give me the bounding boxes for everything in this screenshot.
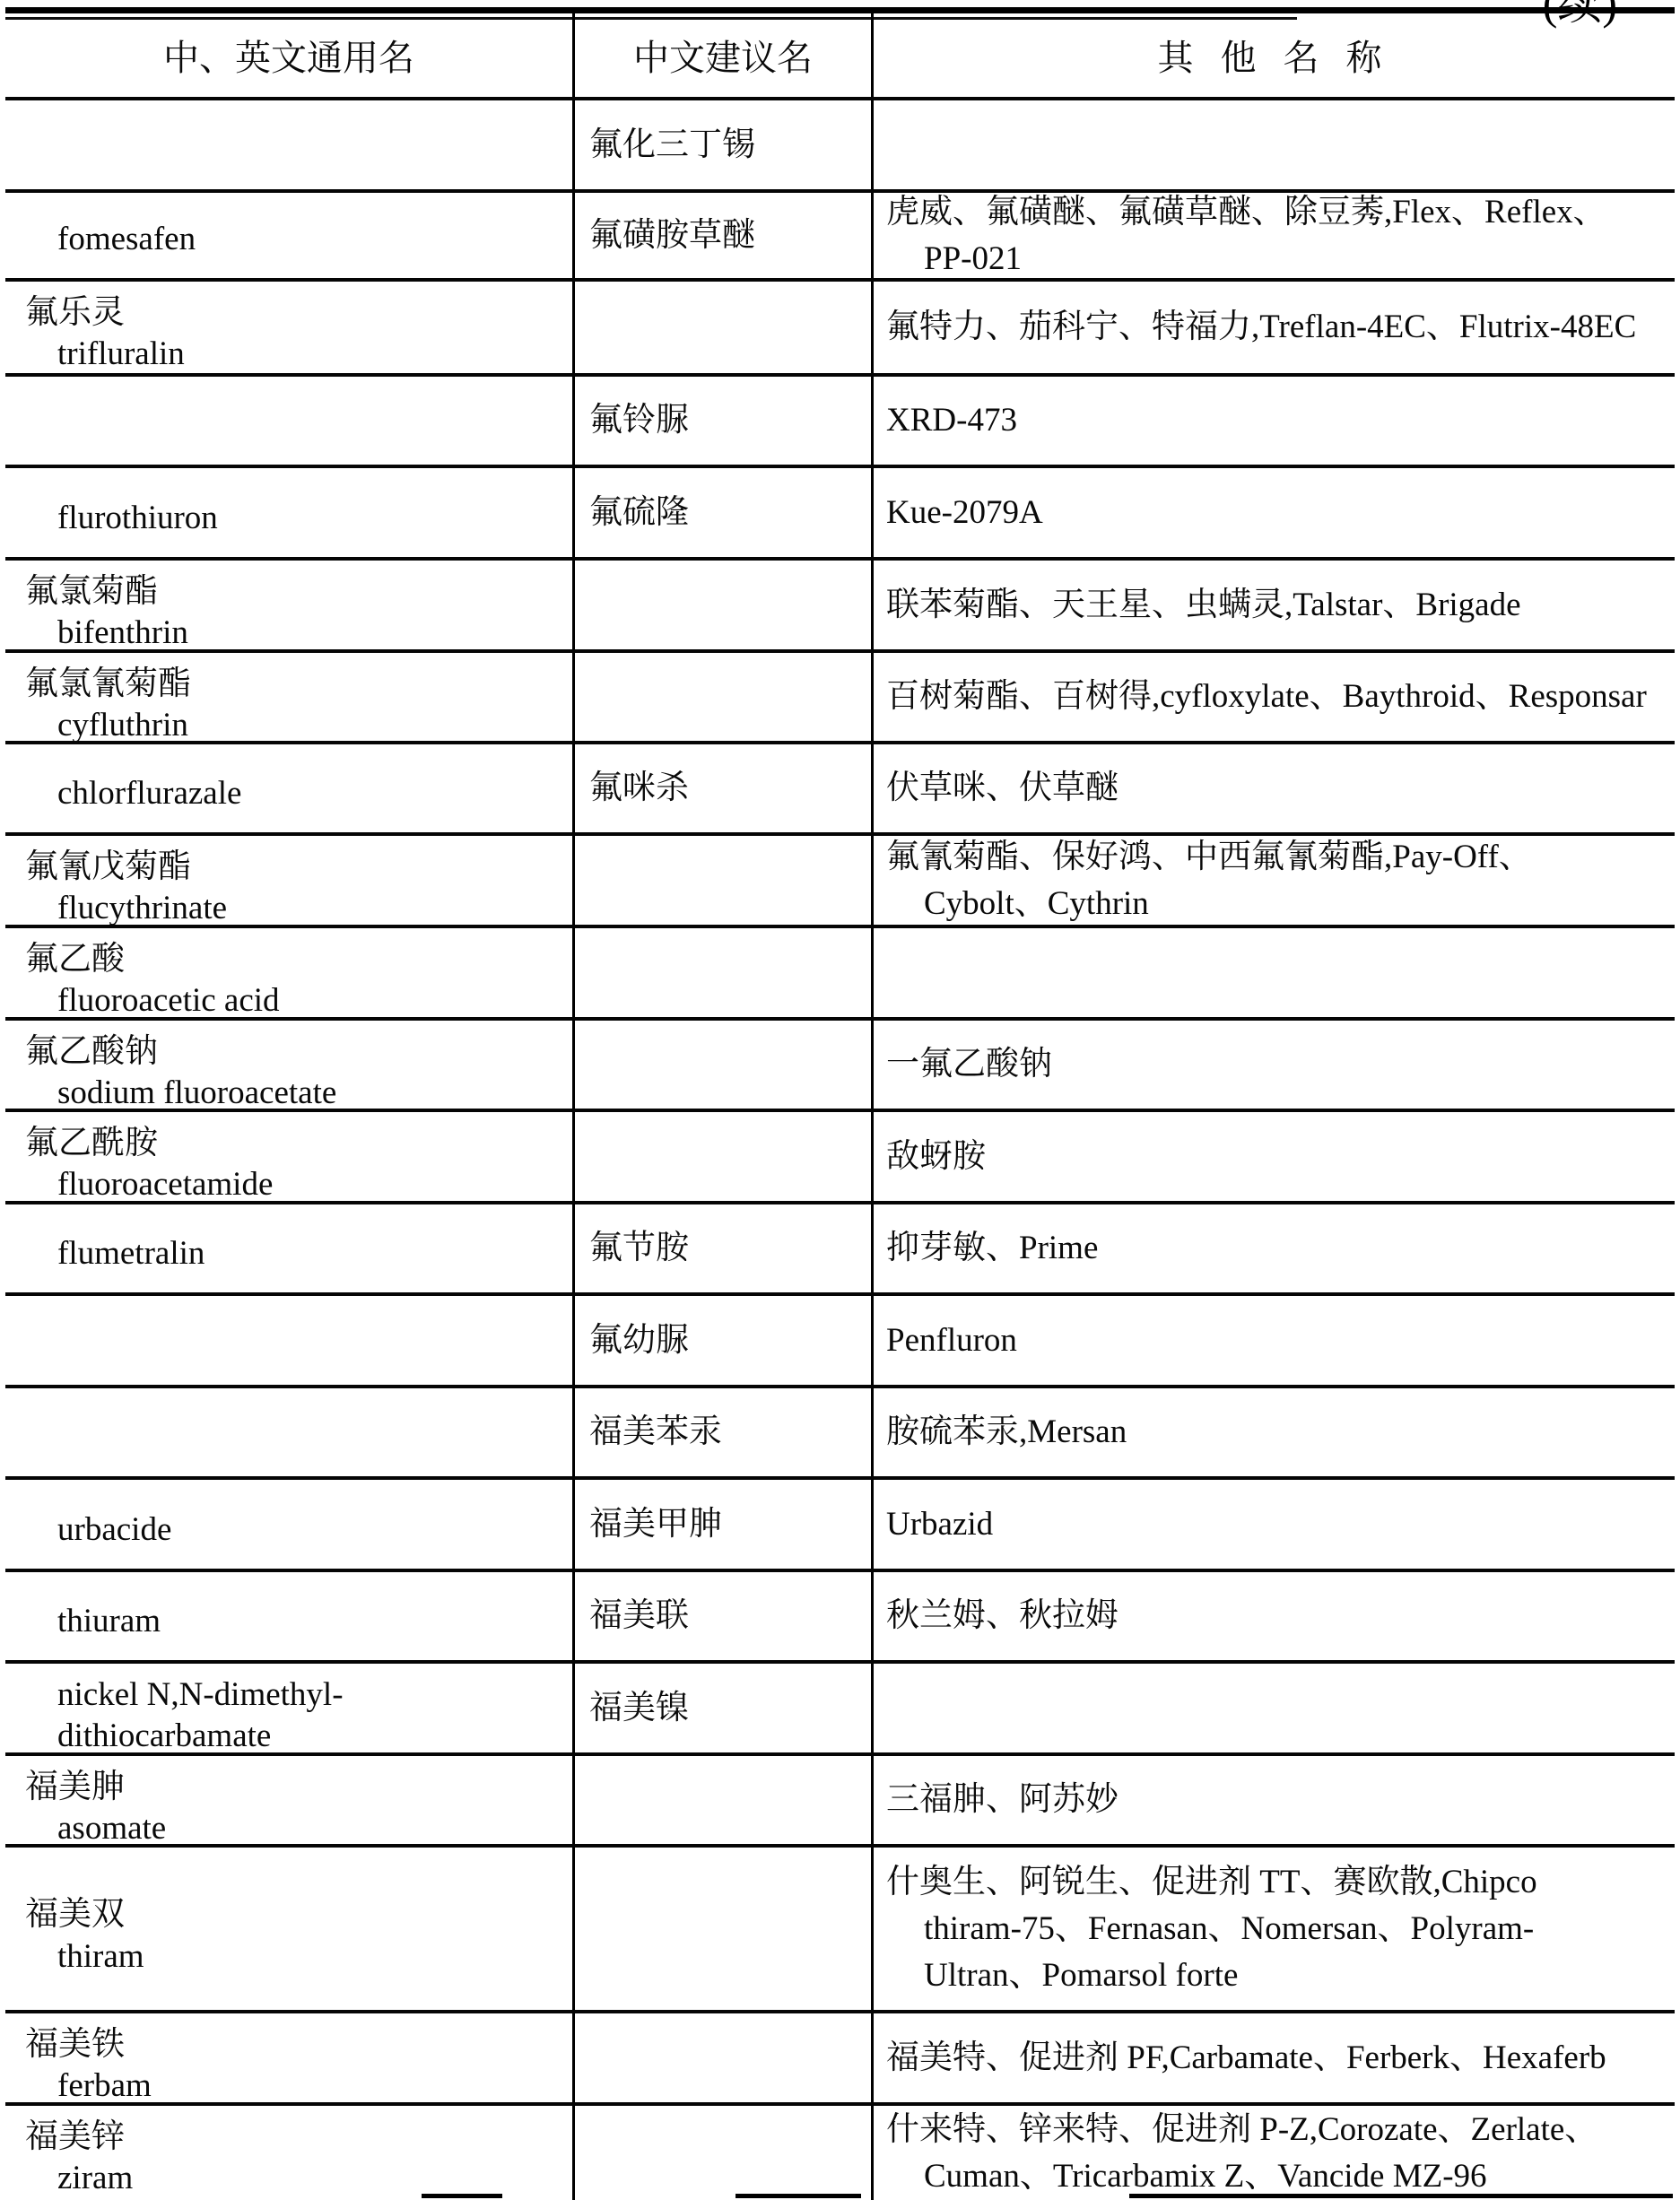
other-name-line: 敌蚜胺 — [874, 1134, 1675, 1180]
common-name-cell — [5, 1296, 575, 1385]
other-names-cell — [874, 100, 1675, 189]
common-name-en: flumetralin — [5, 1233, 572, 1274]
common-name-en: thiuram — [5, 1601, 572, 1642]
header-suggested-name: 中文建议名 — [575, 13, 874, 97]
common-name-cell: 氟乙酸fluoroacetic acid — [5, 928, 575, 1017]
other-names-cell: 一氟乙酸钠 — [874, 1021, 1675, 1109]
other-names-cell: 氟特力、茄科宁、特福力,Treflan-4EC、Flutrix-48EC — [874, 282, 1675, 373]
common-name-en: fluoroacetic acid — [5, 980, 572, 1017]
other-name-line: 氟特力、茄科宁、特福力,Treflan-4EC、Flutrix-48EC — [874, 304, 1675, 351]
other-name-line: thiram-75、Fernasan、Nomersan、Polyram- — [874, 1906, 1675, 1952]
suggested-name-cell — [575, 1848, 874, 2010]
other-name-line: 胺硫苯汞,Mersan — [874, 1409, 1675, 1456]
table-row: nickel N,N-dimethyl-dithiocarbamate福美镍 — [5, 1664, 1675, 1756]
common-name-en: trifluralin — [5, 334, 572, 373]
table-row: 氟氯菊酯bifenthrin联苯菊酯、天王星、虫螨灵,Talstar、Briga… — [5, 561, 1675, 653]
other-name-line: 百树菊酯、百树得,cyfloxylate、Baythroid、Responsar — [874, 674, 1675, 720]
common-name-cell: 福美胂asomate — [5, 1756, 575, 1844]
other-names-cell — [874, 1664, 1675, 1752]
other-name-line: 什来特、锌来特、促进剂 P-Z,Corozate、Zerlate、 — [874, 2107, 1675, 2153]
suggested-name-cell — [575, 282, 874, 373]
common-name-cell — [5, 100, 575, 189]
other-names-cell: Urbazid — [874, 1480, 1675, 1569]
common-name-cn: 氟乙酰胺 — [5, 1123, 572, 1164]
suggested-name-cell: 氟铃脲 — [575, 377, 874, 465]
table-row: 氟乙酸钠sodium fluoroacetate一氟乙酸钠 — [5, 1021, 1675, 1112]
common-name-cn: 福美锌 — [5, 2117, 572, 2158]
other-names-cell: Penfluron — [874, 1296, 1675, 1385]
common-name-en: fomesafen — [5, 219, 572, 260]
suggested-name: 福美联 — [575, 1595, 871, 1638]
suggested-name: 氟咪杀 — [575, 767, 871, 810]
table-row: 氟乐灵trifluralin氟特力、茄科宁、特福力,Treflan-4EC、Fl… — [5, 282, 1675, 377]
suggested-name-cell — [575, 2013, 874, 2102]
suggested-name: 氟幼脲 — [575, 1319, 871, 1362]
other-names-cell: XRD-473 — [874, 377, 1675, 465]
common-name-cn: 氟乙酸钠 — [5, 1031, 572, 1073]
common-name-en: bifenthrin — [5, 613, 572, 649]
suggested-name-cell — [575, 836, 874, 925]
common-name-en: chlorflurazale — [5, 773, 572, 814]
common-name-cn: 氟氯菊酯 — [5, 571, 572, 613]
common-name-cell: nickel N,N-dimethyl-dithiocarbamate — [5, 1664, 575, 1752]
table-row: 氟氰戊菊酯flucythrinate氟氰菊酯、保好鸿、中西氟氰菊酯,Pay-Of… — [5, 836, 1675, 928]
other-name-line: Ultran、Pomarsol forte — [874, 1952, 1675, 1999]
suggested-name-cell — [575, 561, 874, 649]
common-name-en: cyfluthrin — [5, 705, 572, 741]
common-name-cell: 福美双thiram — [5, 1848, 575, 2010]
table-row: 氟乙酰胺fluoroacetamide敌蚜胺 — [5, 1112, 1675, 1204]
suggested-name-cell — [575, 2106, 874, 2200]
other-name-line: 抑芽敏、Prime — [874, 1225, 1675, 1272]
other-name-line: Cuman、Tricarbamix Z、Vancide MZ-96 — [874, 2153, 1675, 2200]
other-names-cell: Kue-2079A — [874, 468, 1675, 557]
other-name-line: 什奥生、阿锐生、促进剂 TT、赛欧散,Chipco — [874, 1859, 1675, 1906]
other-names-cell: 秋兰姆、秋拉姆 — [874, 1572, 1675, 1660]
other-name-line: 伏草咪、伏草醚 — [874, 765, 1675, 812]
suggested-name-cell — [575, 653, 874, 741]
suggested-name-cell: 氟幼脲 — [575, 1296, 874, 1385]
table-row: fomesafen氟磺胺草醚虎威、氟磺醚、氟磺草醚、除豆莠,Flex、Refle… — [5, 193, 1675, 282]
suggested-name-cell: 福美镍 — [575, 1664, 874, 1752]
header-other-names: 其 他 名 称 — [874, 13, 1675, 97]
common-name-cell: 氟氯菊酯bifenthrin — [5, 561, 575, 649]
suggested-name-cell: 氟节胺 — [575, 1204, 874, 1292]
other-name-line: XRD-473 — [874, 397, 1675, 444]
other-name-line: 虎威、氟磺醚、氟磺草醚、除豆莠,Flex、Reflex、 — [874, 193, 1675, 236]
common-name-cn: 福美胂 — [5, 1767, 572, 1808]
other-name-line: 一氟乙酸钠 — [874, 1041, 1675, 1088]
suggested-name-cell — [575, 928, 874, 1017]
common-name-cn: 氟氯氰菊酯 — [5, 664, 572, 705]
table-row: 福美胂asomate三福胂、阿苏妙 — [5, 1756, 1675, 1848]
other-names-cell: 三福胂、阿苏妙 — [874, 1756, 1675, 1844]
suggested-name-cell: 氟磺胺草醚 — [575, 193, 874, 278]
other-names-cell: 什奥生、阿锐生、促进剂 TT、赛欧散,Chipcothiram-75、Ferna… — [874, 1848, 1675, 2010]
table-row: urbacide福美甲胂Urbazid — [5, 1480, 1675, 1572]
table-row: 福美苯汞胺硫苯汞,Mersan — [5, 1388, 1675, 1480]
common-name-cell: flumetralin — [5, 1204, 575, 1292]
other-name-line: Urbazid — [874, 1501, 1675, 1548]
other-name-line: Kue-2079A — [874, 490, 1675, 536]
other-names-cell: 百树菊酯、百树得,cyfloxylate、Baythroid、Responsar — [874, 653, 1675, 741]
common-name-cell — [5, 1388, 575, 1476]
common-name-en: nickel N,N-dimethyl- — [5, 1674, 572, 1716]
table-row: 福美双thiram什奥生、阿锐生、促进剂 TT、赛欧散,Chipcothiram… — [5, 1848, 1675, 2013]
suggested-name: 氟磺胺草醚 — [575, 214, 871, 257]
common-name-cell: thiuram — [5, 1572, 575, 1660]
suggested-name-cell: 福美甲胂 — [575, 1480, 874, 1569]
other-names-cell: 什来特、锌来特、促进剂 P-Z,Corozate、Zerlate、Cuman、T… — [874, 2106, 1675, 2200]
common-name-cn: 福美铁 — [5, 2024, 572, 2065]
common-name-cell: 氟乙酸钠sodium fluoroacetate — [5, 1021, 575, 1109]
common-name-en: asomate — [5, 1808, 572, 1844]
other-names-cell: 伏草咪、伏草醚 — [874, 744, 1675, 832]
other-names-cell: 福美特、促进剂 PF,Carbamate、Ferberk、Hexaferb — [874, 2013, 1675, 2102]
table-row: 福美铁ferbam福美特、促进剂 PF,Carbamate、Ferberk、He… — [5, 2013, 1675, 2106]
common-name-cell: 氟氯氰菊酯cyfluthrin — [5, 653, 575, 741]
table-row: thiuram福美联秋兰姆、秋拉姆 — [5, 1572, 1675, 1664]
common-name-en: thiram — [5, 1936, 572, 1978]
pesticide-name-table: 中、英文通用名 中文建议名 其 他 名 称 氟化三丁锡fomesafen氟磺胺草… — [5, 13, 1675, 2200]
table-row: chlorflurazale氟咪杀伏草咪、伏草醚 — [5, 744, 1675, 836]
other-name-line: 氟氰菊酯、保好鸿、中西氟氰菊酯,Pay-Off、 — [874, 836, 1675, 881]
table-row: 氟铃脲XRD-473 — [5, 377, 1675, 468]
header-common-name: 中、英文通用名 — [5, 13, 575, 97]
suggested-name-cell: 氟化三丁锡 — [575, 100, 874, 189]
bottom-rule-segment — [736, 2194, 861, 2198]
common-name-cell: urbacide — [5, 1480, 575, 1569]
common-name-cell — [5, 377, 575, 465]
table-row: 氟乙酸fluoroacetic acid — [5, 928, 1675, 1021]
other-names-cell: 胺硫苯汞,Mersan — [874, 1388, 1675, 1476]
suggested-name-cell: 氟咪杀 — [575, 744, 874, 832]
bottom-rule-segment — [422, 2194, 502, 2198]
other-name-line: 秋兰姆、秋拉姆 — [874, 1593, 1675, 1639]
common-name-cell: 福美铁ferbam — [5, 2013, 575, 2102]
common-name-en: urbacide — [5, 1509, 572, 1551]
suggested-name-cell: 氟硫隆 — [575, 468, 874, 557]
common-name-en: dithiocarbamate — [5, 1716, 572, 1752]
other-names-cell — [874, 928, 1675, 1017]
suggested-name: 福美苯汞 — [575, 1411, 871, 1454]
suggested-name: 氟化三丁锡 — [575, 124, 871, 167]
table-row: 氟幼脲Penfluron — [5, 1296, 1675, 1388]
common-name-cn: 氟氰戊菊酯 — [5, 847, 572, 888]
suggested-name: 氟硫隆 — [575, 491, 871, 535]
other-name-line: 三福胂、阿苏妙 — [874, 1777, 1675, 1823]
common-name-cn: 福美双 — [5, 1894, 572, 1935]
other-name-line: Penfluron — [874, 1317, 1675, 1364]
table-row: flumetralin氟节胺抑芽敏、Prime — [5, 1204, 1675, 1296]
common-name-en: fluoroacetamide — [5, 1164, 572, 1201]
table-header-row: 中、英文通用名 中文建议名 其 他 名 称 — [5, 13, 1675, 100]
common-name-cell: chlorflurazale — [5, 744, 575, 832]
suggested-name-cell — [575, 1021, 874, 1109]
table-row: 氟氯氰菊酯cyfluthrin百树菊酯、百树得,cyfloxylate、Bayt… — [5, 653, 1675, 744]
other-name-line: Cybolt、Cythrin — [874, 881, 1675, 926]
suggested-name-cell — [575, 1112, 874, 1201]
other-names-cell: 抑芽敏、Prime — [874, 1204, 1675, 1292]
table-row: 氟化三丁锡 — [5, 100, 1675, 193]
common-name-cn: 氟乙酸 — [5, 939, 572, 980]
common-name-cell: flurothiuron — [5, 468, 575, 557]
common-name-en: flurothiuron — [5, 498, 572, 539]
suggested-name-cell: 福美苯汞 — [575, 1388, 874, 1476]
common-name-en: sodium fluoroacetate — [5, 1073, 572, 1109]
common-name-cell: fomesafen — [5, 193, 575, 278]
table-top-rule — [5, 7, 1675, 13]
suggested-name: 福美甲胂 — [575, 1503, 871, 1546]
suggested-name: 氟节胺 — [575, 1227, 871, 1270]
bottom-rule-segment — [1129, 2194, 1673, 2198]
common-name-en: ferbam — [5, 2065, 572, 2102]
suggested-name-cell: 福美联 — [575, 1572, 874, 1660]
common-name-en: flucythrinate — [5, 888, 572, 925]
common-name-cell: 氟乐灵trifluralin — [5, 282, 575, 373]
other-names-cell: 氟氰菊酯、保好鸿、中西氟氰菊酯,Pay-Off、Cybolt、Cythrin — [874, 836, 1675, 925]
common-name-cn: 氟乐灵 — [5, 292, 572, 334]
table-body: 氟化三丁锡fomesafen氟磺胺草醚虎威、氟磺醚、氟磺草醚、除豆莠,Flex、… — [5, 100, 1675, 2200]
common-name-cell: 福美锌ziram — [5, 2106, 575, 2200]
common-name-cell: 氟乙酰胺fluoroacetamide — [5, 1112, 575, 1201]
table-row: 福美锌ziram什来特、锌来特、促进剂 P-Z,Corozate、Zerlate… — [5, 2106, 1675, 2200]
suggested-name-cell — [575, 1756, 874, 1844]
other-names-cell: 敌蚜胺 — [874, 1112, 1675, 1201]
other-names-cell: 虎威、氟磺醚、氟磺草醚、除豆莠,Flex、Reflex、PP-021 — [874, 193, 1675, 278]
suggested-name: 氟铃脲 — [575, 399, 871, 442]
other-name-line: 联苯菊酯、天王星、虫螨灵,Talstar、Brigade — [874, 582, 1675, 629]
common-name-cell: 氟氰戊菊酯flucythrinate — [5, 836, 575, 925]
other-name-line: PP-021 — [874, 236, 1675, 279]
table-row: flurothiuron氟硫隆Kue-2079A — [5, 468, 1675, 561]
other-names-cell: 联苯菊酯、天王星、虫螨灵,Talstar、Brigade — [874, 561, 1675, 649]
other-name-line: 福美特、促进剂 PF,Carbamate、Ferberk、Hexaferb — [874, 2035, 1675, 2082]
suggested-name: 福美镍 — [575, 1687, 871, 1730]
